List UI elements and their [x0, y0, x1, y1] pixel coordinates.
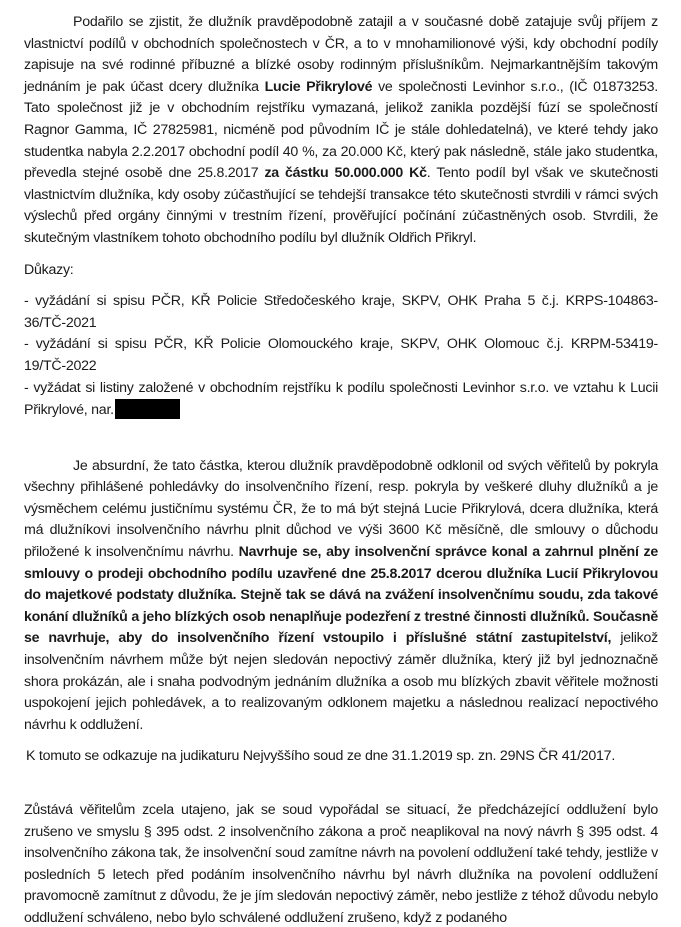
paragraph-concealed-income: Podařilo se zjistit, že dlužník pravděpo…	[24, 12, 658, 250]
redaction-box	[115, 399, 180, 419]
bold-amount: za částku 50.000.000 Kč	[264, 165, 426, 181]
spacer	[24, 250, 658, 260]
evidence-item: - vyžádání si spisu PČR, KŘ Policie Stře…	[24, 291, 658, 334]
spacer	[24, 422, 658, 456]
spacer	[24, 736, 658, 746]
paragraph-absurd-amount: Je absurdní, že tato částka, kterou dluž…	[24, 456, 658, 737]
spacer	[24, 768, 658, 800]
evidence-item: - vyžádat si listiny založené v obchodní…	[24, 378, 658, 422]
evidence-heading: Důkazy:	[24, 260, 658, 282]
evidence-item: - vyžádání si spisu PČR, KŘ Policie Olom…	[24, 334, 658, 377]
document-page: Podařilo se zjistit, že dlužník pravděpo…	[24, 12, 658, 927]
bold-name: Lucie Přikrylové	[265, 79, 373, 95]
paragraph-section-395: Zůstává věřitelům zcela utajeno, jak se …	[24, 800, 658, 927]
spacer	[24, 281, 658, 291]
case-law-reference: K tomuto se odkazuje na judikaturu Nejvy…	[24, 746, 658, 768]
